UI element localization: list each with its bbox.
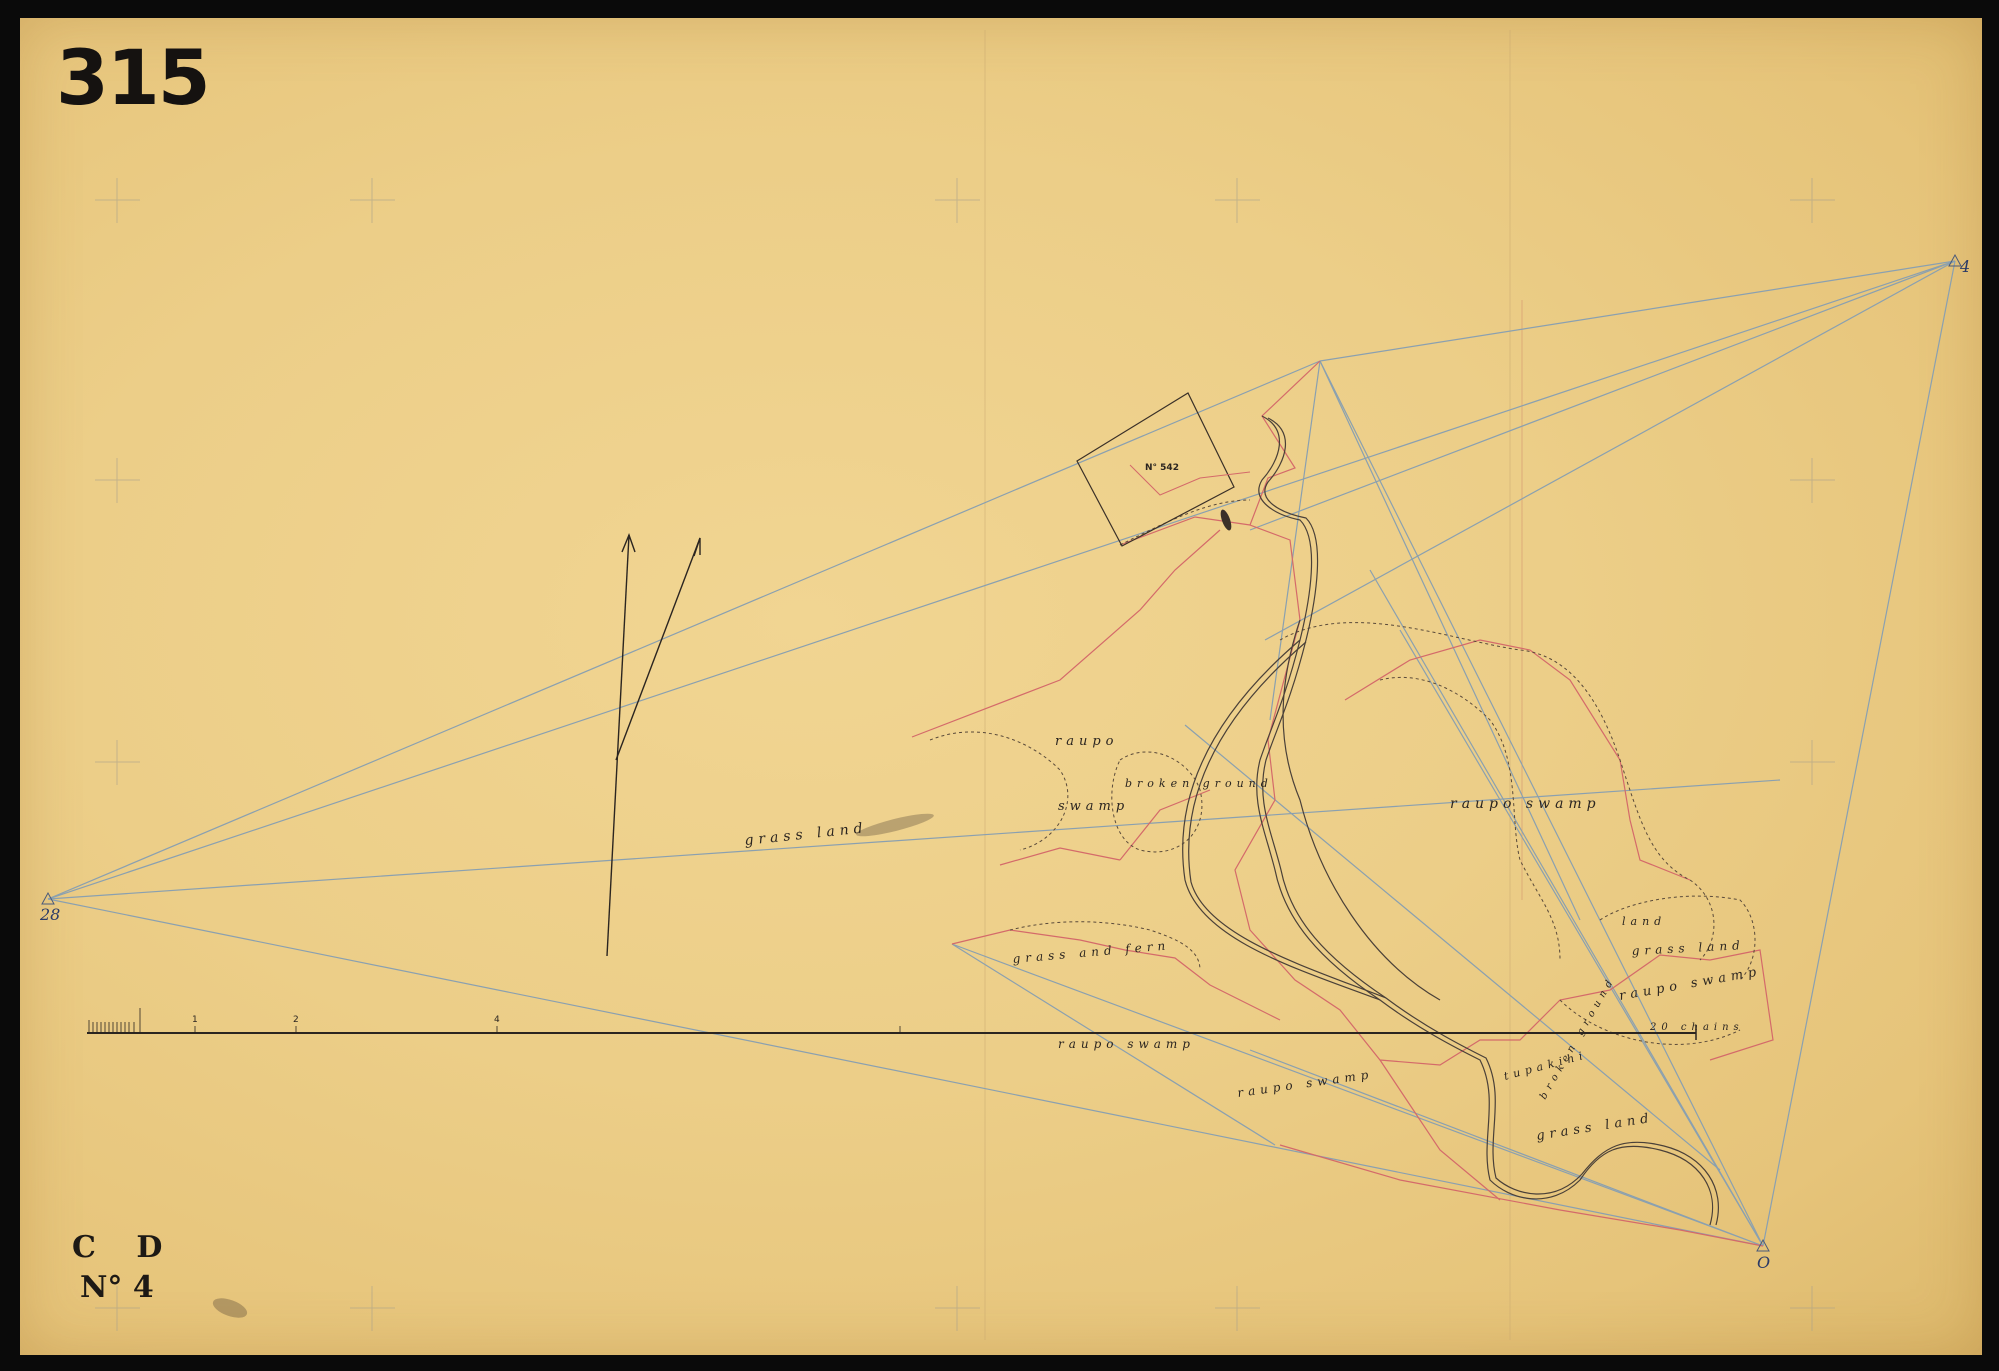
label-grass-land: grass land	[1535, 1111, 1654, 1144]
label-land: land	[1622, 915, 1666, 928]
label-raupo: raupo	[1055, 734, 1119, 749]
survey-map: N° 542 1 2 4 20 chains 28	[0, 0, 1999, 1371]
label-raupo-swamp: raupo swamp	[1450, 796, 1601, 812]
svg-text:28: 28	[39, 905, 60, 924]
section-number: N° 542	[1145, 463, 1179, 473]
label-raupo-swamp: raupo swamp	[1618, 964, 1762, 1004]
scale-tick-4: 4	[494, 1015, 500, 1025]
vegetation-boundaries	[930, 500, 1755, 1044]
label-broken-ground: broken ground	[1538, 974, 1618, 1101]
scale-bar	[87, 1008, 1696, 1040]
svg-text:O: O	[1757, 1253, 1770, 1272]
scale-tick-1: 1	[192, 1015, 198, 1025]
label-tupakihi: tupakihi	[1502, 1048, 1588, 1083]
svg-text:4: 4	[1959, 257, 1970, 276]
label-raupo-swamp: raupo swamp	[1058, 1037, 1195, 1051]
section-boundary: N° 542	[1077, 393, 1250, 546]
label-grass-land: grass land	[744, 820, 869, 849]
label-swamp: swamp	[1058, 799, 1129, 814]
scale-tick-2: 2	[293, 1015, 299, 1025]
label-raupo-swamp: raupo swamp	[1236, 1067, 1374, 1100]
label-broken-ground: broken ground	[1125, 777, 1273, 790]
scale-end-label: 20 chains	[1649, 1022, 1744, 1033]
registration-crosses	[95, 178, 1835, 1331]
north-arrow	[607, 535, 700, 956]
triangulation-lines	[48, 261, 1955, 1246]
label-grass-land: grass land	[1631, 938, 1745, 958]
